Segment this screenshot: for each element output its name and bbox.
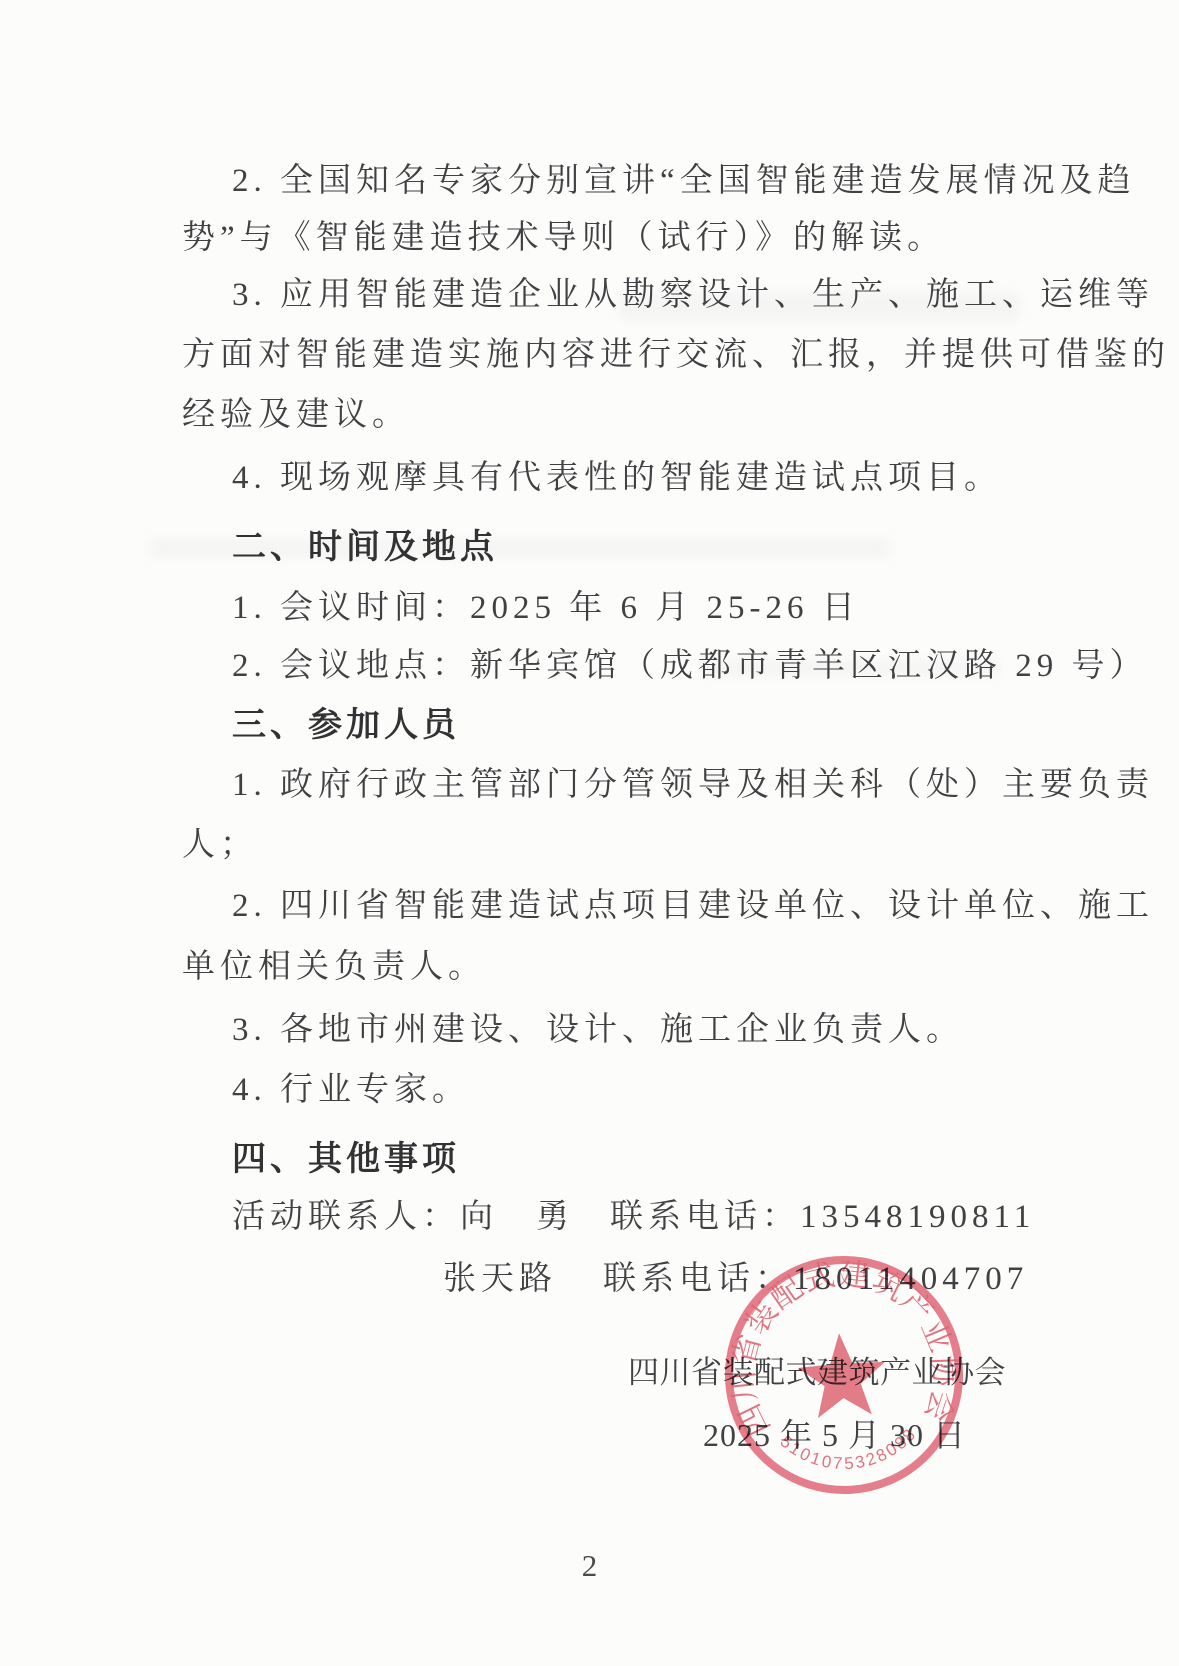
section-heading-participants: 三、参加人员 (232, 702, 460, 748)
scanned-document-page: 2. 全国知名专家分别宣讲“全国智能建造发展情况及趋 势”与《智能建造技术导则（… (0, 0, 1179, 1666)
body-line: 势”与《智能建造技术导则（试行）》的解读。 (182, 215, 945, 261)
body-line: 单位相关负责人。 (182, 944, 486, 990)
body-line: 方面对智能建造实施内容进行交流、汇报，并提供可借鉴的 (182, 332, 1170, 378)
body-line: 4. 行业专家。 (232, 1067, 470, 1113)
body-line: 3. 各地市州建设、设计、施工企业负责人。 (232, 1007, 964, 1053)
body-line: 2. 全国知名专家分别宣讲“全国智能建造发展情况及趋 (232, 158, 1136, 204)
page-number: 2 (0, 1548, 1179, 1584)
svg-text:5101075328088: 5101075328088 (776, 1423, 923, 1478)
seal-star-icon (795, 1330, 888, 1419)
section-heading-time-place: 二、时间及地点 (232, 524, 498, 570)
seal-code: 5101075328088 (776, 1423, 923, 1478)
body-line: 1. 政府行政主管部门分管领导及相关科（处）主要负责 (232, 762, 1154, 808)
contact-label: 活动联系人： (232, 1199, 460, 1235)
official-seal: 四川省装配式建筑产业协会 5101075328088 (694, 1225, 994, 1525)
body-line: 1. 会议时间：2025 年 6 月 25-26 日 (232, 585, 860, 631)
body-line: 经验及建议。 (182, 392, 410, 438)
body-line: 2. 四川省智能建造试点项目建设单位、设计单位、施工 (232, 883, 1154, 929)
section-heading-other: 四、其他事项 (232, 1136, 460, 1182)
body-line: 4. 现场观摩具有代表性的智能建造试点项目。 (232, 455, 1002, 501)
body-line: 3. 应用智能建造企业从勘察设计、生产、施工、运维等 (232, 272, 1154, 318)
contact-name: 张天路 (443, 1261, 557, 1297)
body-line: 人； (182, 822, 258, 868)
body-line: 2. 会议地点：新华宾馆（成都市青羊区江汉路 29 号） (232, 643, 1148, 689)
contact-name: 向 勇 (460, 1199, 574, 1235)
